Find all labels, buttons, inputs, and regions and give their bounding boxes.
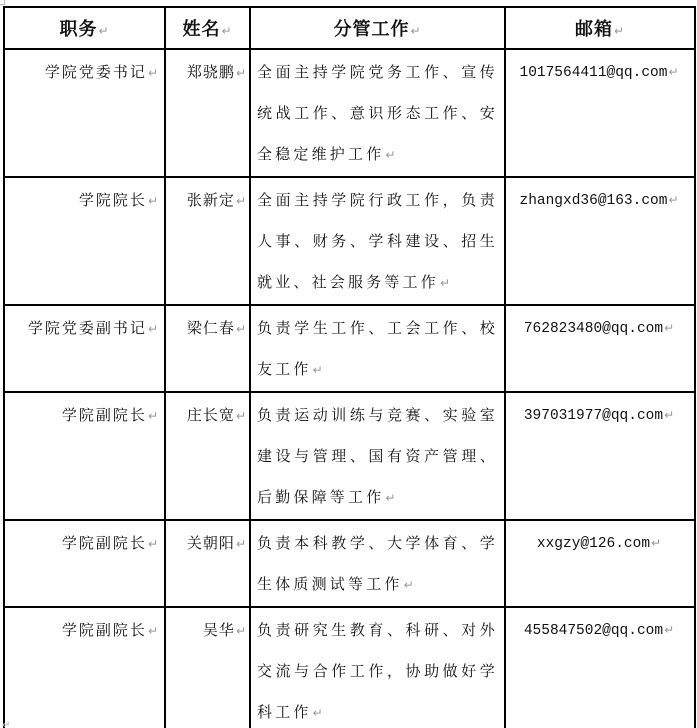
paragraph-mark-icon: ↵ — [236, 322, 247, 336]
header-email: 邮箱↵ — [505, 7, 695, 49]
email-cell: zhangxd36@163.com↵ — [505, 177, 695, 305]
email-text: 397031977@qq.com — [524, 408, 663, 424]
end-paragraph-mark-icon: ↵ — [2, 720, 10, 728]
paragraph-mark-icon: ↵ — [313, 363, 326, 377]
email-cell: 397031977@qq.com↵ — [505, 392, 695, 520]
email-text: zhangxd36@163.com — [520, 193, 668, 209]
paragraph-mark-icon: ↵ — [404, 578, 417, 592]
table-row: 学院院长↵ 张新定↵ 全面主持学院行政工作，负责人事、财务、学科建设、招生就业、… — [4, 177, 695, 305]
page-corner-mark — [0, 0, 5, 5]
name-cell: 张新定↵ — [165, 177, 250, 305]
email-cell: 762823480@qq.com↵ — [505, 305, 695, 392]
duties-cell: 全面主持学院党务工作、宣传统战工作、意识形态工作、安全稳定维护工作↵ — [250, 49, 505, 177]
duties-cell: 负责运动训练与竞赛、实验室建设与管理、国有资产管理、后勤保障等工作↵ — [250, 392, 505, 520]
paragraph-mark-icon: ↵ — [148, 537, 160, 551]
person-name: 梁仁春 — [187, 319, 235, 337]
table-row: 学院党委书记↵ 郑骁鹏↵ 全面主持学院党务工作、宣传统战工作、意识形态工作、安全… — [4, 49, 695, 177]
paragraph-mark-icon: ↵ — [98, 24, 109, 38]
paragraph-mark-icon: ↵ — [236, 409, 247, 423]
paragraph-mark-icon: ↵ — [664, 408, 674, 422]
paragraph-mark-icon: ↵ — [385, 491, 398, 505]
paragraph-mark-icon: ↵ — [221, 24, 232, 38]
duties-cell: 负责研究生教育、科研、对外交流与合作工作，协助做好学科工作↵ — [250, 607, 505, 728]
paragraph-mark-icon: ↵ — [148, 194, 160, 208]
duties-text: 负责运动训练与竞赛、实验室建设与管理、国有资产管理、后勤保障等工作 — [257, 406, 498, 506]
header-name: 姓名↵ — [165, 7, 250, 49]
paragraph-mark-icon: ↵ — [148, 322, 160, 336]
paragraph-mark-icon: ↵ — [410, 24, 421, 38]
email-cell: 1017564411@qq.com↵ — [505, 49, 695, 177]
paragraph-mark-icon: ↵ — [385, 148, 398, 162]
paragraph-mark-icon: ↵ — [668, 65, 678, 79]
header-position: 职务↵ — [4, 7, 165, 49]
table-row: 学院副院长↵ 吴华↵ 负责研究生教育、科研、对外交流与合作工作，协助做好学科工作… — [4, 607, 695, 728]
name-cell: 梁仁春↵ — [165, 305, 250, 392]
position-cell: 学院副院长↵ — [4, 520, 165, 607]
person-name: 庄长宽 — [187, 406, 235, 424]
duties-cell: 全面主持学院行政工作，负责人事、财务、学科建设、招生就业、社会服务等工作↵ — [250, 177, 505, 305]
paragraph-mark-icon: ↵ — [236, 537, 247, 551]
position-text: 学院党委副书记 — [28, 319, 147, 337]
duties-text: 负责本科教学、大学体育、学生体质测试等工作 — [257, 534, 498, 593]
paragraph-mark-icon: ↵ — [313, 706, 326, 720]
duties-text: 负责学生工作、工会工作、校友工作 — [257, 319, 498, 378]
duties-text: 全面主持学院党务工作、宣传统战工作、意识形态工作、安全稳定维护工作 — [257, 63, 498, 163]
position-text: 学院副院长 — [62, 621, 147, 639]
duties-cell: 负责本科教学、大学体育、学生体质测试等工作↵ — [250, 520, 505, 607]
position-cell: 学院副院长↵ — [4, 607, 165, 728]
name-cell: 关朝阳↵ — [165, 520, 250, 607]
paragraph-mark-icon: ↵ — [614, 24, 625, 38]
header-duties: 分管工作↵ — [250, 7, 505, 49]
table-row: 学院副院长↵ 庄长宽↵ 负责运动训练与竞赛、实验室建设与管理、国有资产管理、后勤… — [4, 392, 695, 520]
paragraph-mark-icon: ↵ — [148, 66, 160, 80]
paragraph-mark-icon: ↵ — [440, 276, 453, 290]
paragraph-mark-icon: ↵ — [236, 194, 247, 208]
email-cell: xxgzy@126.com↵ — [505, 520, 695, 607]
position-cell: 学院院长↵ — [4, 177, 165, 305]
position-text: 学院副院长 — [62, 406, 147, 424]
position-cell: 学院副院长↵ — [4, 392, 165, 520]
duties-text: 负责研究生教育、科研、对外交流与合作工作，协助做好学科工作 — [257, 621, 498, 721]
position-cell: 学院党委书记↵ — [4, 49, 165, 177]
name-cell: 吴华↵ — [165, 607, 250, 728]
position-cell: 学院党委副书记↵ — [4, 305, 165, 392]
person-name: 张新定 — [187, 191, 235, 209]
staff-responsibilities-table: 职务↵ 姓名↵ 分管工作↵ 邮箱↵ 学院党委书记↵ 郑骁鹏↵ 全面主持学院党务工… — [3, 6, 696, 728]
paragraph-mark-icon: ↵ — [664, 623, 674, 637]
paragraph-mark-icon: ↵ — [651, 536, 661, 550]
paragraph-mark-icon: ↵ — [664, 321, 674, 335]
position-text: 学院党委书记 — [45, 63, 147, 81]
table-row: 学院副院长↵ 关朝阳↵ 负责本科教学、大学体育、学生体质测试等工作↵ xxgzy… — [4, 520, 695, 607]
email-text: 455847502@qq.com — [524, 623, 663, 639]
person-name: 关朝阳 — [187, 534, 235, 552]
email-text: 762823480@qq.com — [524, 321, 663, 337]
email-text: 1017564411@qq.com — [520, 65, 668, 81]
paragraph-mark-icon: ↵ — [148, 624, 160, 638]
paragraph-mark-icon: ↵ — [668, 193, 678, 207]
email-cell: 455847502@qq.com↵ — [505, 607, 695, 728]
position-text: 学院副院长 — [62, 534, 147, 552]
table-header-row: 职务↵ 姓名↵ 分管工作↵ 邮箱↵ — [4, 7, 695, 49]
email-text: xxgzy@126.com — [537, 536, 650, 552]
paragraph-mark-icon: ↵ — [148, 409, 160, 423]
person-name: 郑骁鹏 — [187, 63, 235, 81]
name-cell: 郑骁鹏↵ — [165, 49, 250, 177]
duties-text: 全面主持学院行政工作，负责人事、财务、学科建设、招生就业、社会服务等工作 — [257, 191, 498, 291]
duties-cell: 负责学生工作、工会工作、校友工作↵ — [250, 305, 505, 392]
name-cell: 庄长宽↵ — [165, 392, 250, 520]
paragraph-mark-icon: ↵ — [236, 624, 247, 638]
person-name: 吴华 — [203, 621, 235, 639]
paragraph-mark-icon: ↵ — [236, 66, 247, 80]
position-text: 学院院长 — [79, 191, 147, 209]
table-row: 学院党委副书记↵ 梁仁春↵ 负责学生工作、工会工作、校友工作↵ 76282348… — [4, 305, 695, 392]
